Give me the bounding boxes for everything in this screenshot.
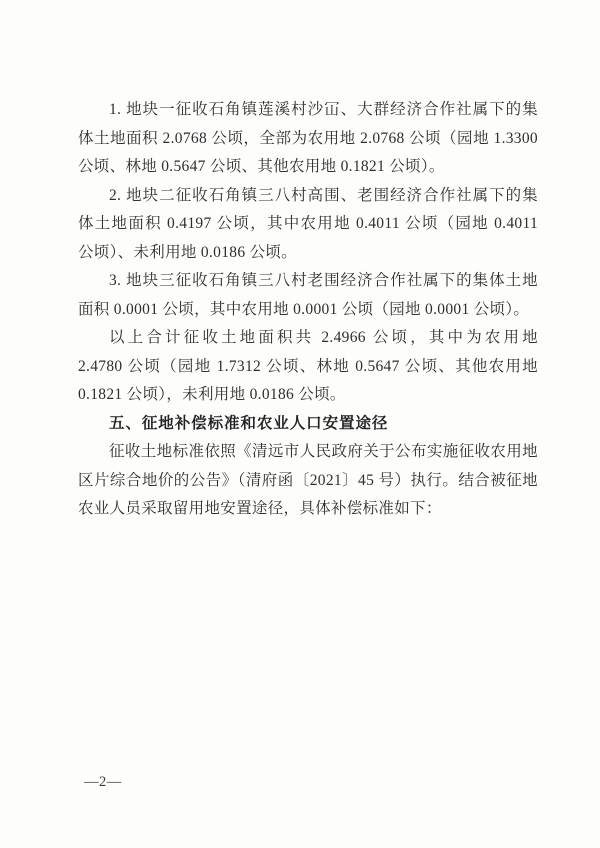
text-line: 3. 地块三征收石角镇三八村老围经济合作社属下的集体土地 [78,267,538,296]
section-heading: 五、征地补偿标准和农业人口安置途径 [78,410,538,439]
text-line: 公顷、林地 0.5647 公顷、其他农用地 0.1821 公顷）。 [78,153,538,182]
document-body: 1. 地块一征收石角镇莲溪村沙冚、大群经济合作社属下的集体土地面积 2.0768… [78,96,538,524]
text-line: 面积 0.0001 公顷，其中农用地 0.0001 公顷（园地 0.0001 公… [78,296,538,325]
text-line: 2.4780 公顷（园地 1.7312 公顷、林地 0.5647 公顷、其他农用… [78,353,538,382]
page-number: —2— [84,774,122,791]
text-line: 公顷）、未利用地 0.0186 公顷。 [78,239,538,268]
paragraph: 征收土地标准依照《清远市人民政府关于公布实施征收农用地区片综合地价的公告》（清府… [78,438,538,524]
text-line: 以上合计征收土地面积共 2.4966 公顷，其中为农用地 [78,324,538,353]
text-line: 0.1821 公顷），未利用地 0.0186 公顷。 [78,381,538,410]
heading-line: 五、征地补偿标准和农业人口安置途径 [78,410,538,439]
paragraph: 1. 地块一征收石角镇莲溪村沙冚、大群经济合作社属下的集体土地面积 2.0768… [78,96,538,182]
text-line: 体土地面积 0.4197 公顷，其中农用地 0.4011 公顷（园地 0.401… [78,210,538,239]
text-line: 2. 地块二征收石角镇三八村高围、老围经济合作社属下的集 [78,182,538,211]
text-line: 1. 地块一征收石角镇莲溪村沙冚、大群经济合作社属下的集 [78,96,538,125]
text-line: 区片综合地价的公告》（清府函〔2021〕45 号）执行。结合被征地 [78,467,538,496]
text-line: 体土地面积 2.0768 公顷，全部为农用地 2.0768 公顷（园地 1.33… [78,125,538,154]
text-line: 征收土地标准依照《清远市人民政府关于公布实施征收农用地 [78,438,538,467]
paragraph: 3. 地块三征收石角镇三八村老围经济合作社属下的集体土地面积 0.0001 公顷… [78,267,538,324]
paragraph: 2. 地块二征收石角镇三八村高围、老围经济合作社属下的集体土地面积 0.4197… [78,182,538,268]
paragraph: 以上合计征收土地面积共 2.4966 公顷，其中为农用地2.4780 公顷（园地… [78,324,538,410]
document-page: 1. 地块一征收石角镇莲溪村沙冚、大群经济合作社属下的集体土地面积 2.0768… [0,0,600,848]
text-line: 农业人员采取留用地安置途径，具体补偿标准如下： [78,495,538,524]
